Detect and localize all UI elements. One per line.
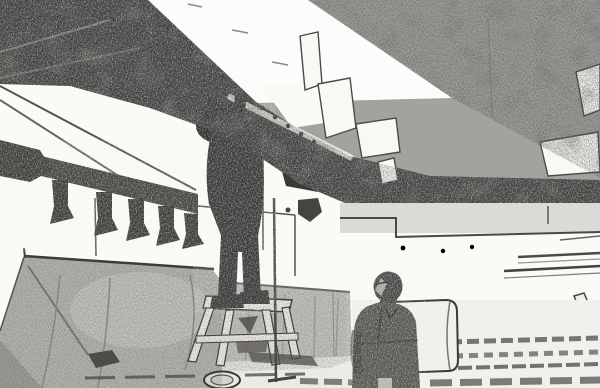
grain-overlays: [0, 0, 600, 388]
photo-canvas: [0, 0, 600, 388]
photograph: Technician on a step stool servicing ove…: [0, 0, 600, 388]
